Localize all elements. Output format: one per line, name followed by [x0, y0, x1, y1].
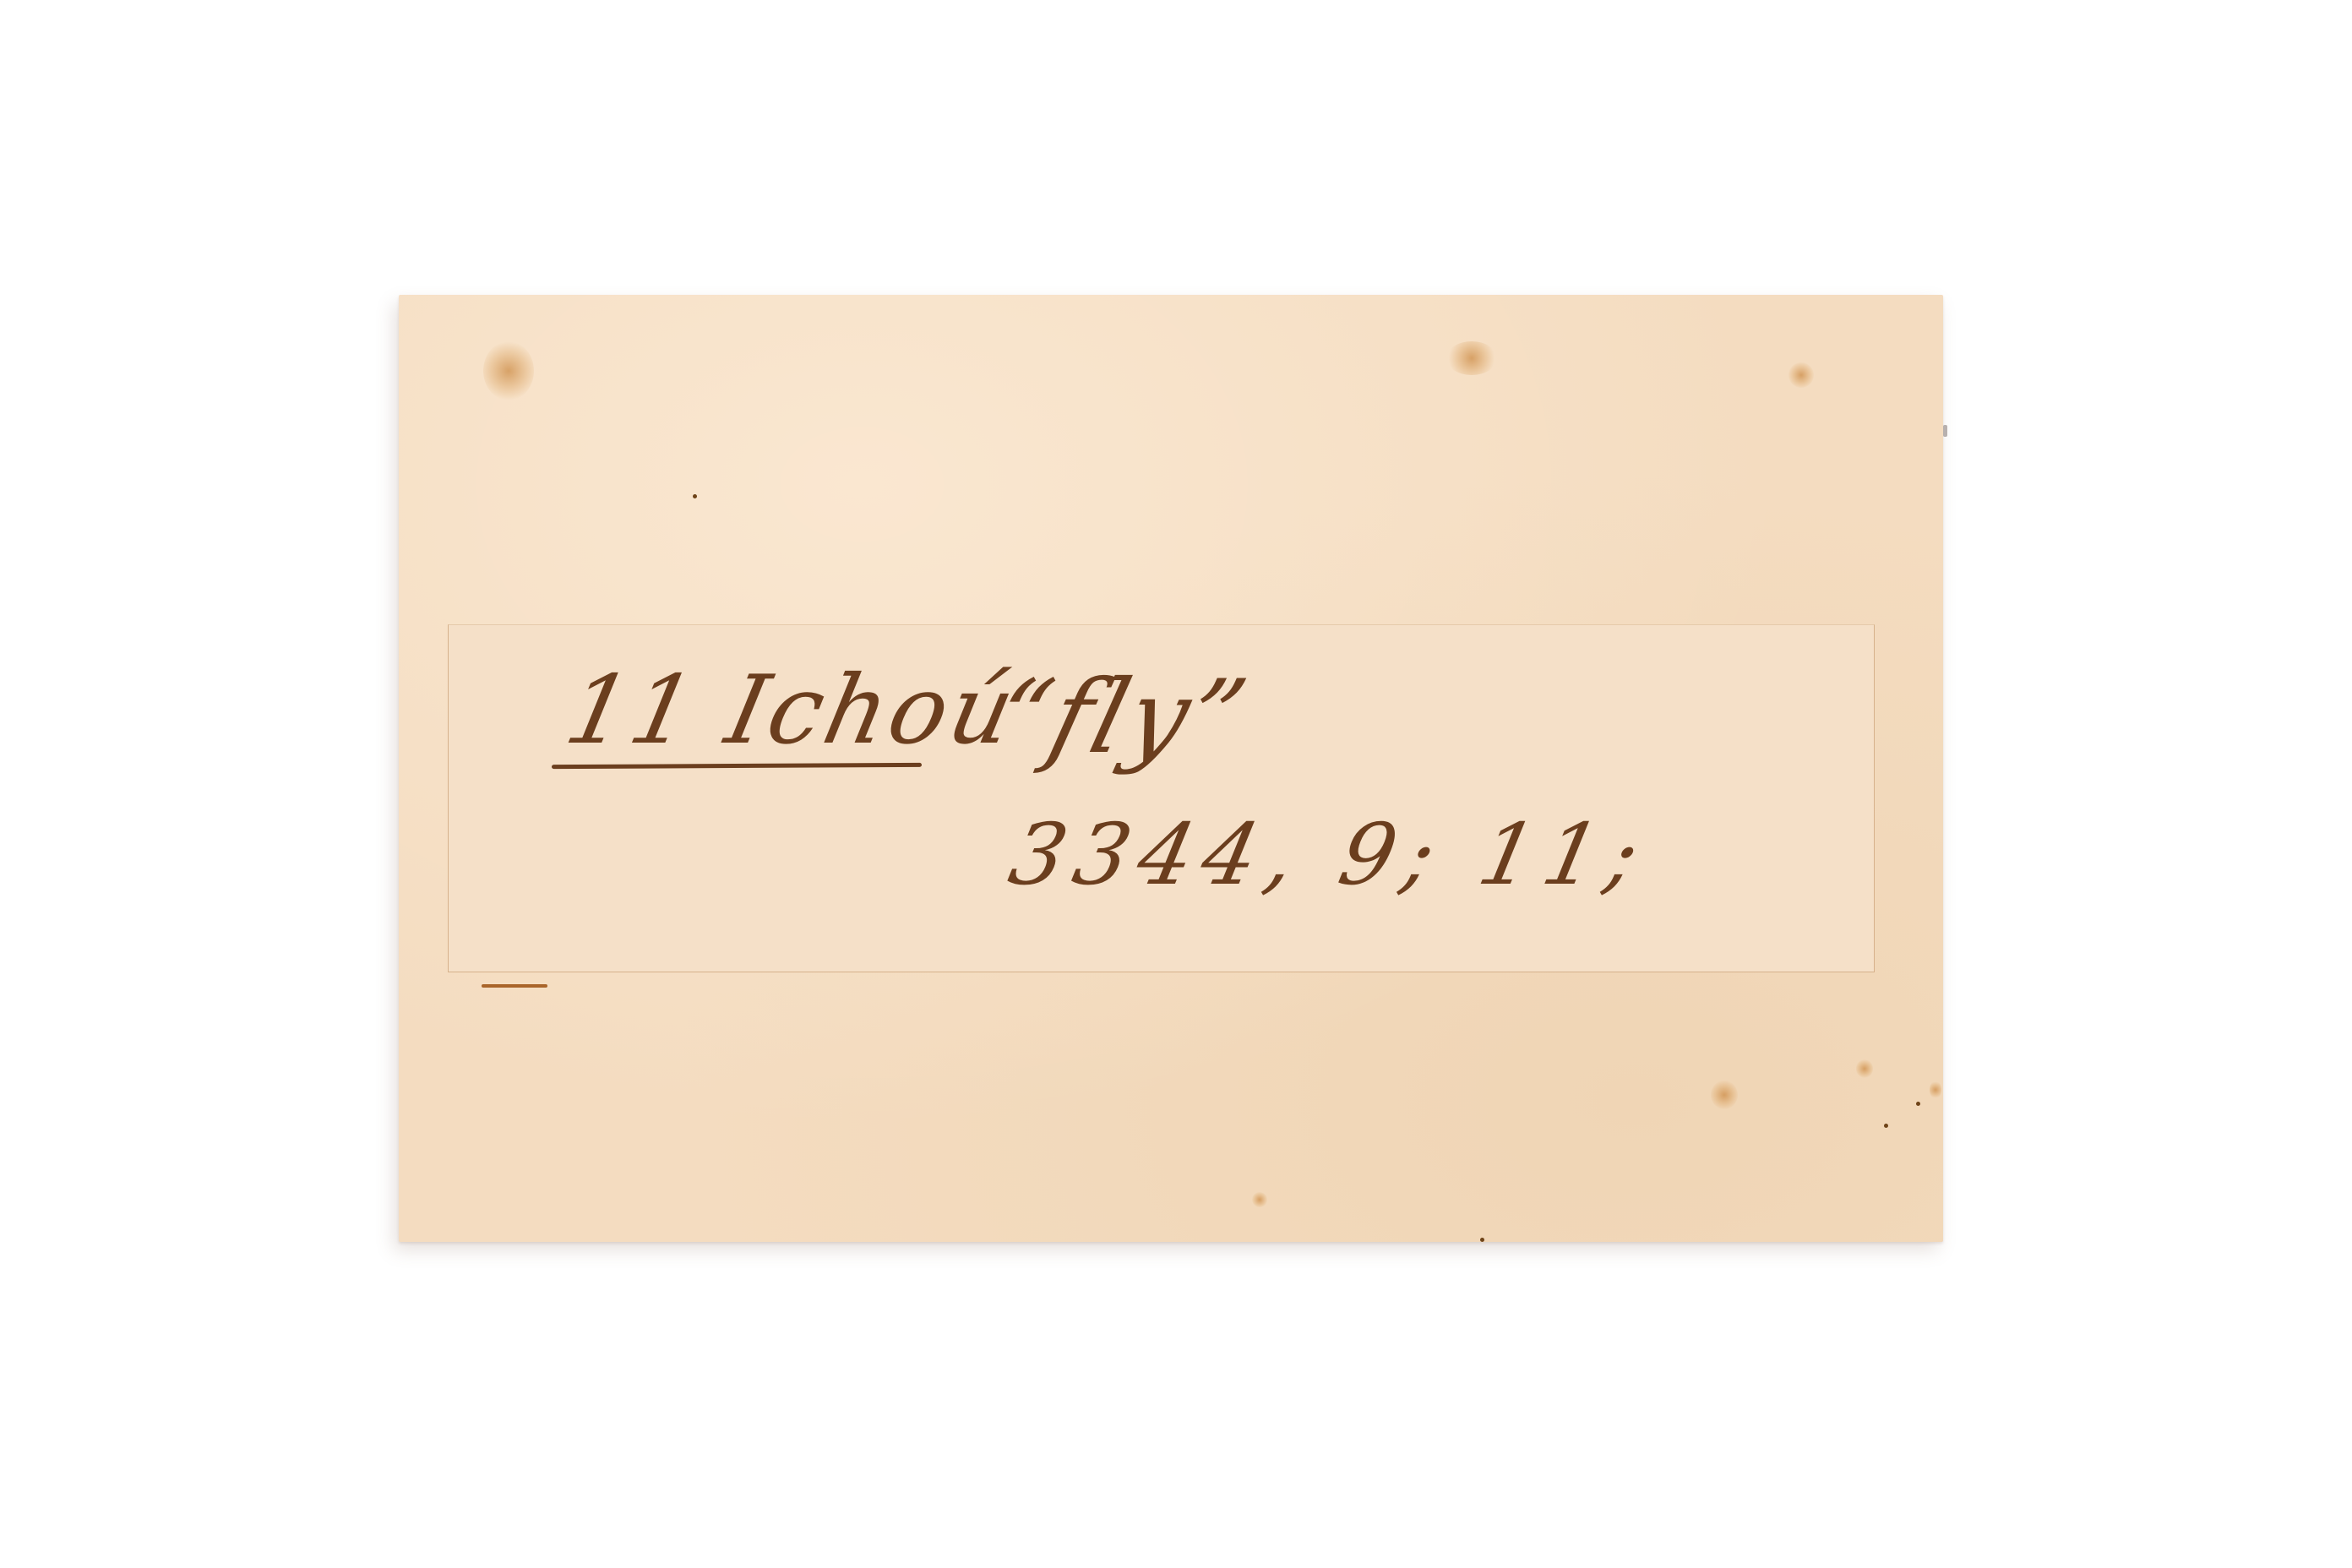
pasted-paper-strip: 11 Ichoú “fly” 3344, 9; 11; [448, 624, 1875, 972]
edge-nick [1943, 425, 1947, 437]
ink-mark-under-strip [482, 984, 547, 988]
ink-speck [1916, 1102, 1920, 1106]
foxing-stain [1788, 362, 1814, 388]
reference-numbers: 3344, 9; 11; [1003, 813, 1656, 897]
heading-underline [552, 763, 922, 769]
foxing-stain [1446, 341, 1497, 375]
foxing-stain [1856, 1059, 1873, 1078]
quoted-word: “fly” [985, 667, 1258, 769]
archival-card: 11 Ichoú “fly” 3344, 9; 11; [399, 295, 1943, 1242]
foxing-stain [1711, 1081, 1738, 1109]
ink-speck [1480, 1238, 1484, 1242]
ink-speck [1884, 1124, 1888, 1128]
heading-word: 11 Ichoú [558, 663, 1026, 758]
foxing-stain [483, 341, 534, 400]
foxing-stain [1252, 1192, 1267, 1207]
foxing-stain [1930, 1081, 1941, 1099]
ink-speck [693, 494, 697, 498]
